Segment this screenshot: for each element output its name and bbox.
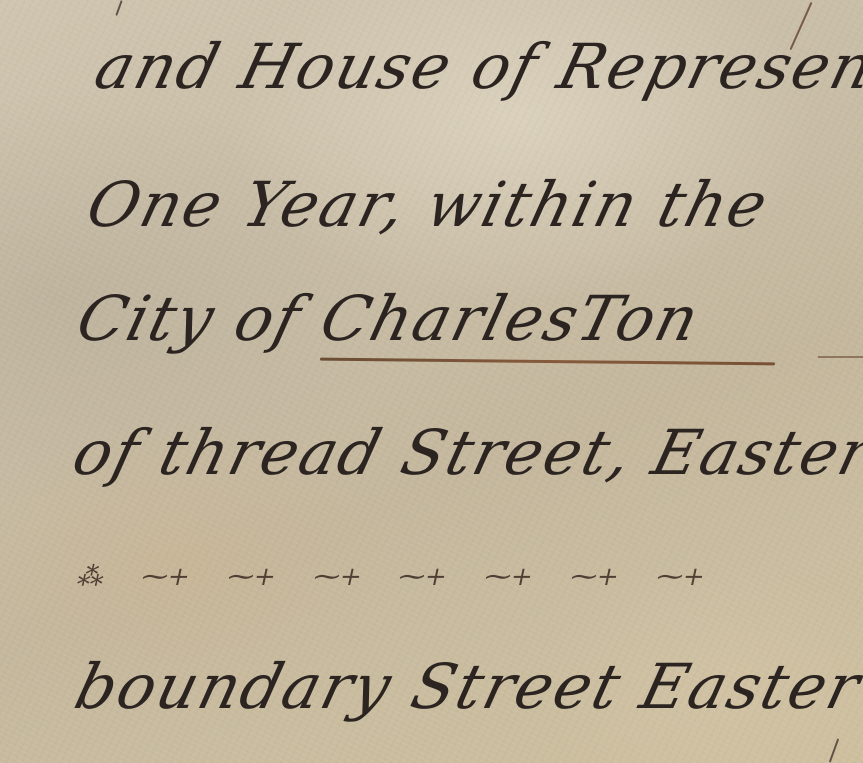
flourish-mark: ⁓+ [310, 562, 364, 592]
flourish-mark: ⁂ [75, 562, 107, 592]
word: thread [152, 416, 390, 489]
word: Year, [235, 168, 415, 241]
flourish-mark: ⁓+ [396, 562, 450, 592]
word: of [227, 282, 309, 355]
aged-paper-background [0, 0, 863, 763]
word: within [419, 168, 647, 241]
manuscript-line-6: boundaryStreetEaster [68, 650, 863, 723]
manuscript-line-4: ofthreadStreet,Easter [66, 416, 863, 489]
manuscript-line-3: CityofCharlesTon [70, 282, 730, 355]
word: Represen [551, 30, 863, 103]
word: Easter [634, 650, 863, 723]
word: Street, [394, 416, 641, 489]
flourish-mark: ⁓+ [139, 562, 193, 592]
word: and [88, 30, 229, 103]
flourish-mark: ⁓+ [654, 562, 708, 592]
flourish-mark: ⁓+ [225, 562, 279, 592]
manuscript-line-2: OneYear,withinthe [80, 168, 798, 241]
word: Easter [645, 416, 863, 489]
word: boundary [68, 650, 400, 723]
word: of [464, 30, 546, 103]
word: the [651, 168, 777, 241]
flourish-mark: ⁓+ [482, 562, 536, 592]
word: House [233, 30, 461, 103]
word: Street [404, 650, 630, 723]
flourish-mark: ⁓+ [568, 562, 622, 592]
line-filler-stroke [818, 356, 863, 358]
word: City [70, 282, 223, 355]
decorative-flourish-row: ⁂ ⁓+ ⁓+ ⁓+ ⁓+ ⁓+ ⁓+ ⁓+ [78, 562, 863, 592]
underlined-city-name: CharlesTon [314, 282, 708, 355]
manuscript-line-1: andHouseofRepresen [88, 30, 863, 103]
word: One [80, 168, 232, 241]
